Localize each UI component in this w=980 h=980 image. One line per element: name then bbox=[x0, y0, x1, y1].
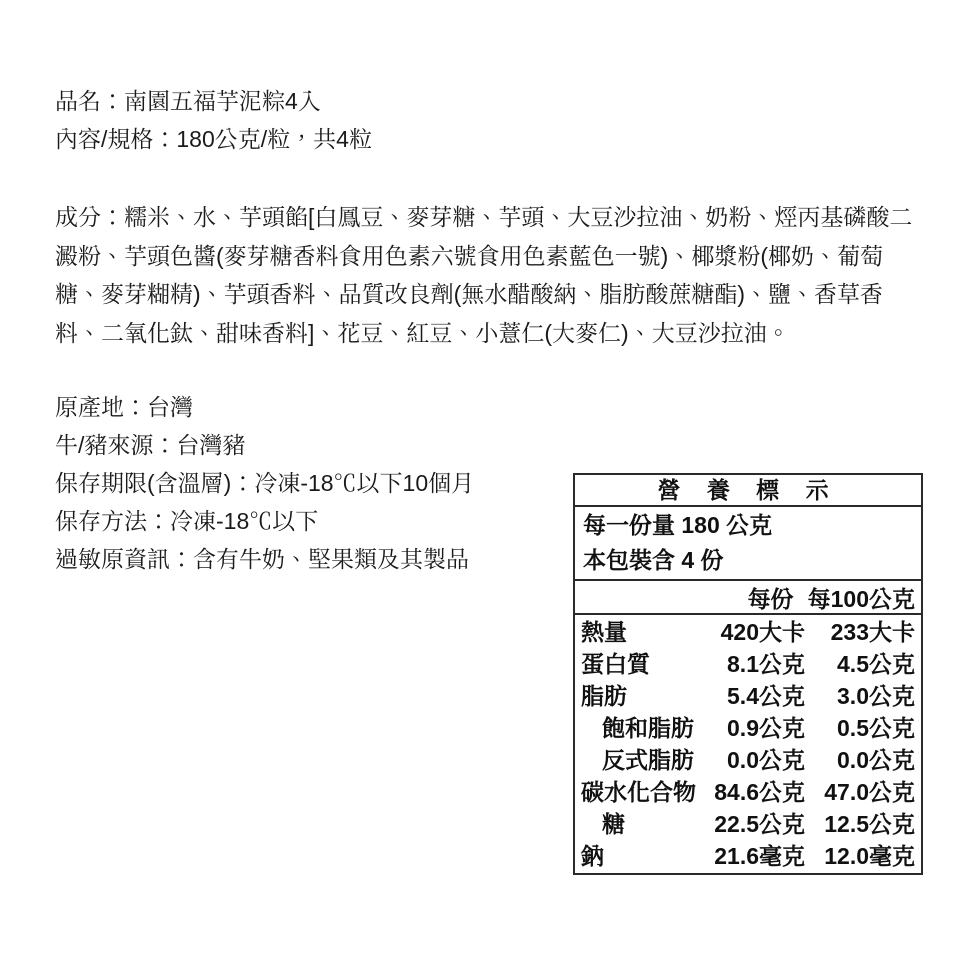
origin-line: 原產地：台灣 bbox=[55, 388, 927, 426]
nutrition-row: 脂肪 5.4公克 3.0公克 bbox=[575, 680, 921, 712]
ingredients-paragraph: 成分：糯米、水、芋頭餡[白鳳豆、麥芽糖、芋頭、大豆沙拉油、奶粉、烴丙基磷酸二澱粉… bbox=[55, 198, 927, 352]
nutrition-row-per-100g: 0.0公克 bbox=[805, 744, 915, 776]
nutrition-row-label: 反式脂肪 bbox=[581, 744, 700, 776]
nutrition-row-label: 蛋白質 bbox=[581, 648, 700, 680]
nutrition-facts-table: 營 養 標 示 每一份量 180 公克 本包裝含 4 份 每份 每100公克 熱… bbox=[573, 473, 923, 875]
nutrition-row-per-serving: 420大卡 bbox=[700, 616, 805, 648]
nutrition-row-per-serving: 5.4公克 bbox=[700, 680, 805, 712]
product-info-page: 品名：南園五福芋泥粽4入 內容/規格：180公克/粒，共4粒 成分：糯米、水、芋… bbox=[0, 0, 980, 980]
serving-size-line: 每一份量 180 公克 bbox=[583, 508, 913, 543]
nutrition-serving-info: 每一份量 180 公克 本包裝含 4 份 bbox=[575, 507, 921, 581]
nutrition-row-per-100g: 47.0公克 bbox=[805, 776, 915, 808]
nutrition-row-per-serving: 0.9公克 bbox=[700, 712, 805, 744]
nutrition-row-label: 碳水化合物 bbox=[581, 776, 700, 808]
servings-per-pack-line: 本包裝含 4 份 bbox=[583, 543, 913, 578]
nutrition-row-label: 熱量 bbox=[581, 616, 700, 648]
nutrition-column-headers: 每份 每100公克 bbox=[575, 581, 921, 615]
nutrition-table-title: 營 養 標 示 bbox=[575, 475, 921, 507]
nutrition-row-label: 飽和脂肪 bbox=[581, 712, 700, 744]
nutrition-row-per-serving: 0.0公克 bbox=[700, 744, 805, 776]
nutrition-row-per-100g: 0.5公克 bbox=[805, 712, 915, 744]
nutrition-row-per-serving: 84.6公克 bbox=[700, 776, 805, 808]
nutrition-row: 熱量 420大卡 233大卡 bbox=[575, 616, 921, 648]
nutrition-rows: 熱量 420大卡 233大卡 蛋白質 8.1公克 4.5公克 脂肪 5.4公克 … bbox=[575, 615, 921, 873]
nutrition-row: 碳水化合物 84.6公克 47.0公克 bbox=[575, 776, 921, 808]
nutrition-row-label: 脂肪 bbox=[581, 680, 700, 712]
nutrition-row-per-100g: 12.0毫克 bbox=[805, 840, 915, 872]
column-header-per-100g: 每100公克 bbox=[808, 581, 915, 614]
nutrition-row-per-serving: 22.5公克 bbox=[700, 808, 805, 840]
nutrition-row-per-100g: 233大卡 bbox=[805, 616, 915, 648]
column-header-per-serving: 每份 bbox=[748, 581, 794, 614]
nutrition-row-per-100g: 3.0公克 bbox=[805, 680, 915, 712]
nutrition-row-label: 糖 bbox=[581, 808, 700, 840]
nutrition-row: 蛋白質 8.1公克 4.5公克 bbox=[575, 648, 921, 680]
product-spec-line: 內容/規格：180公克/粒，共4粒 bbox=[55, 120, 927, 158]
meat-source-line: 牛/豬來源：台灣豬 bbox=[55, 426, 927, 464]
nutrition-row: 糖 22.5公克 12.5公克 bbox=[575, 808, 921, 840]
nutrition-row: 飽和脂肪 0.9公克 0.5公克 bbox=[575, 712, 921, 744]
nutrition-row: 鈉 21.6毫克 12.0毫克 bbox=[575, 840, 921, 872]
product-name-line: 品名：南園五福芋泥粽4入 bbox=[55, 82, 927, 120]
nutrition-row-per-serving: 21.6毫克 bbox=[700, 840, 805, 872]
nutrition-row-per-100g: 4.5公克 bbox=[805, 648, 915, 680]
nutrition-row-per-100g: 12.5公克 bbox=[805, 808, 915, 840]
nutrition-row: 反式脂肪 0.0公克 0.0公克 bbox=[575, 744, 921, 776]
nutrition-row-label: 鈉 bbox=[581, 840, 700, 872]
nutrition-row-per-serving: 8.1公克 bbox=[700, 648, 805, 680]
